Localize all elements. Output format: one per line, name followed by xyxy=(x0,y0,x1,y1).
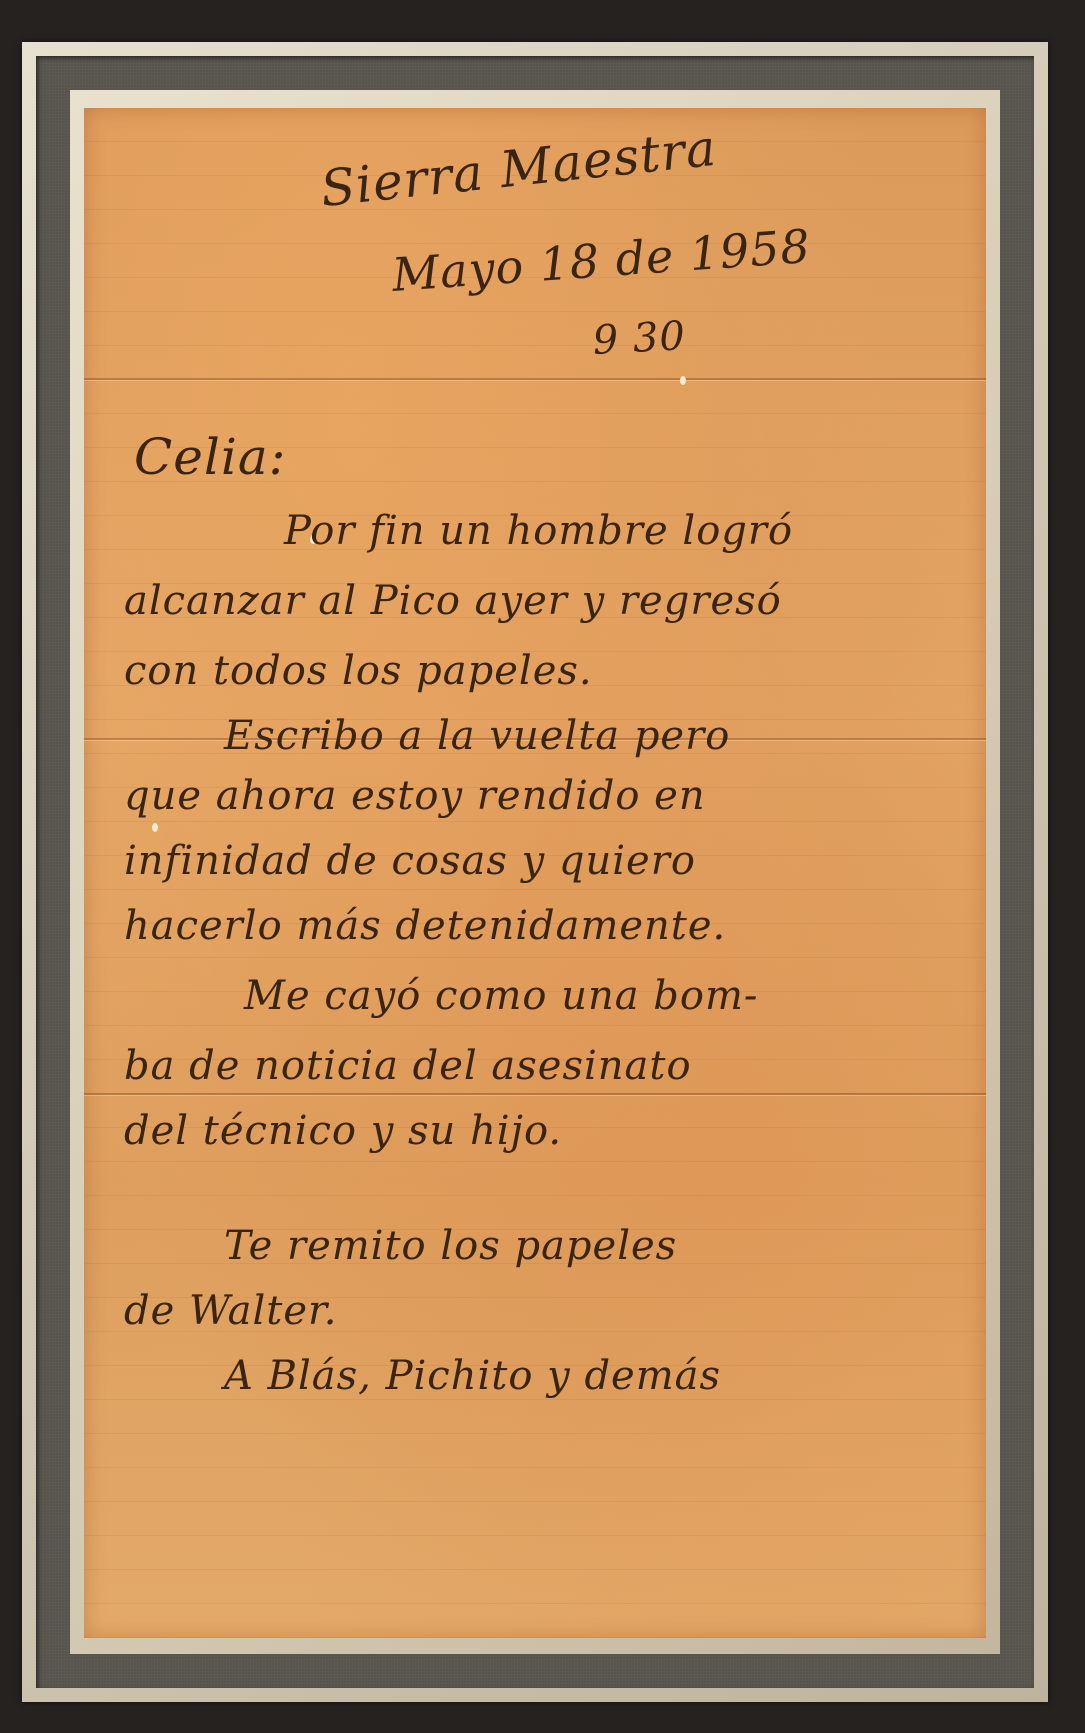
letter-line: Te remito los papeles xyxy=(224,1223,677,1269)
letter-place: Sierra Maestra xyxy=(318,119,719,218)
letter-paper: Sierra Maestra Mayo 18 de 1958 9 30 Celi… xyxy=(84,108,986,1638)
letter-salutation: Celia: xyxy=(134,428,286,486)
fold-crease xyxy=(84,1093,986,1095)
letter-line: Escribo a la vuelta pero xyxy=(224,713,730,759)
letter-line: ba de noticia del asesinato xyxy=(124,1043,692,1089)
letter-line: Me cayó como una bom- xyxy=(244,973,758,1019)
letter-line: infinidad de cosas y quiero xyxy=(124,838,696,884)
letter-time: 9 30 xyxy=(592,313,687,364)
letter-line: que ahora estoy rendido en xyxy=(124,773,706,819)
frame-mat: Sierra Maestra Mayo 18 de 1958 9 30 Celi… xyxy=(36,56,1034,1688)
paper-spot xyxy=(152,823,158,832)
frame-outer-bevel: Sierra Maestra Mayo 18 de 1958 9 30 Celi… xyxy=(22,42,1048,1702)
letter-line: hacerlo más detenidamente. xyxy=(124,903,726,949)
frame-inner-bevel: Sierra Maestra Mayo 18 de 1958 9 30 Celi… xyxy=(70,90,1000,1654)
letter-line: A Blás, Pichito y demás xyxy=(224,1353,721,1399)
letter-line: de Walter. xyxy=(124,1288,337,1334)
fold-crease xyxy=(84,378,986,380)
paper-spot xyxy=(680,376,686,385)
letter-date: Mayo 18 de 1958 xyxy=(390,219,812,302)
letter-line: del técnico y su hijo. xyxy=(124,1108,562,1154)
letter-line: con todos los papeles. xyxy=(124,648,593,694)
letter-line: alcanzar al Pico ayer y regresó xyxy=(124,578,782,624)
letter-line: Por fin un hombre logró xyxy=(284,508,793,554)
